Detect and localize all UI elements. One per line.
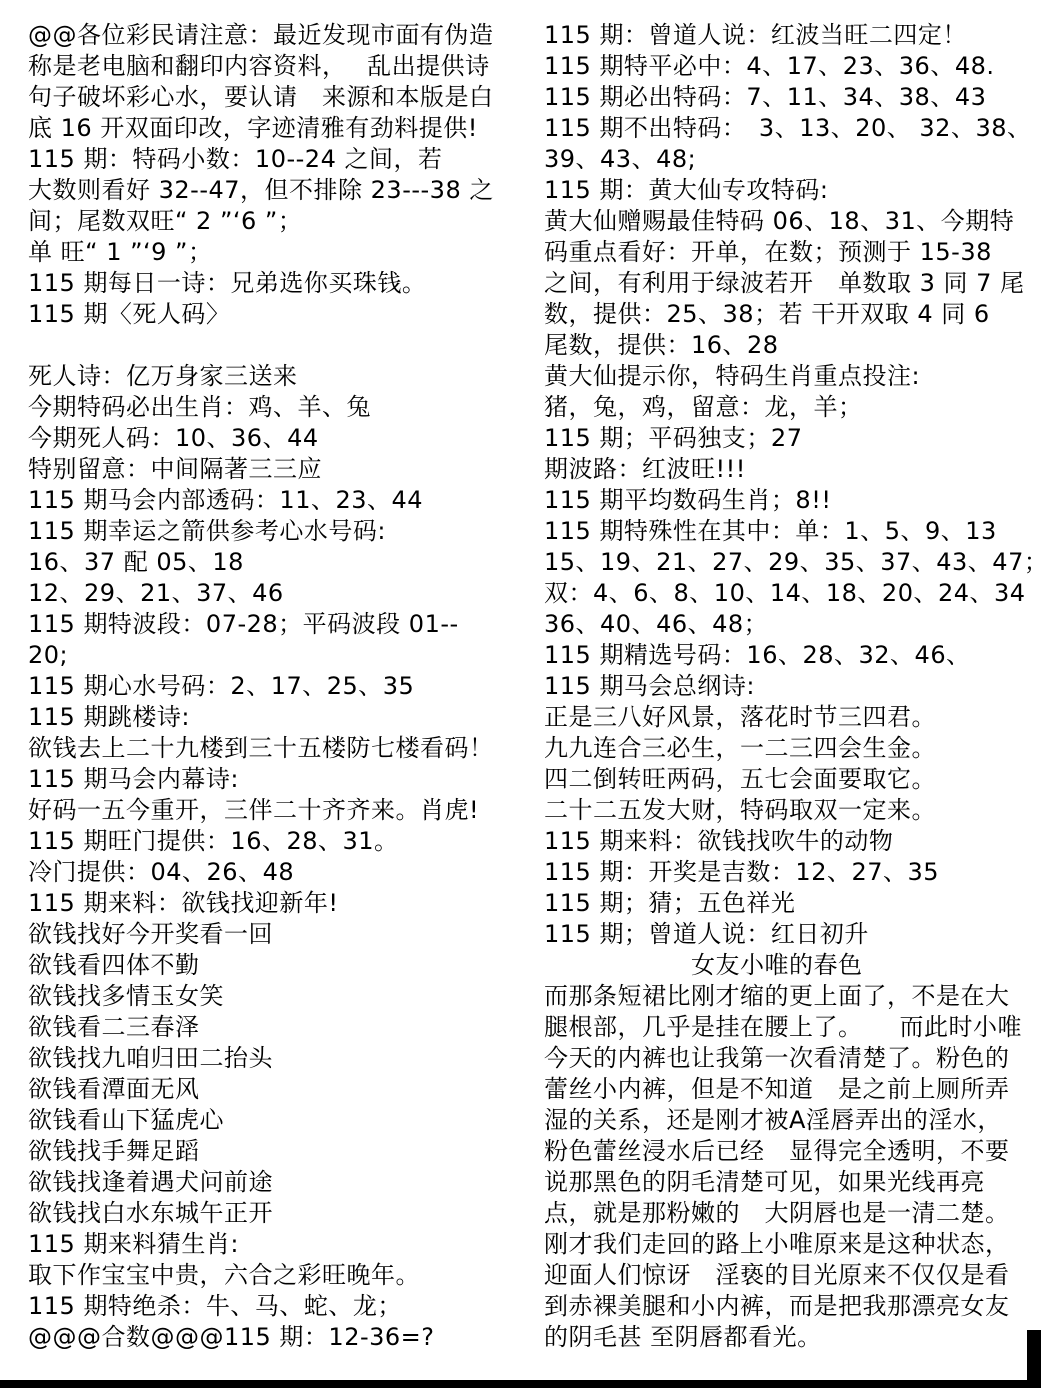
text-line: 115 期：曾道人说：红波当旺二四定！ — [544, 20, 1038, 51]
document-page: @@各位彩民请注意：最近发现市面有伪造称是老电脑和翻印内容资料， 乱出提供诗句子… — [0, 0, 1041, 1388]
text-line: 20; — [28, 640, 533, 671]
text-line: 二十二五发大财，特码取双一定来。 — [544, 795, 1038, 826]
text-line: 特别留意：中间隔著三三应 — [28, 454, 533, 485]
text-line: 冷门提供：04、26、48 — [28, 857, 533, 888]
text-line: 今期特码必出生肖：鸡、羊、兔 — [28, 392, 533, 423]
text-line: 取下作宝宝中贵，六合之彩旺晚年。 — [28, 1260, 533, 1291]
text-line: 单 旺“ 1 ”‘9 ”； — [28, 237, 533, 268]
text-line: 115 期〈死人码〉 — [28, 299, 533, 330]
text-line: 到赤裸美腿和小内裤，而是把我那漂亮女友 — [544, 1291, 1038, 1322]
text-line: 刚才我们走回的路上小唯原来是这种状态， — [544, 1229, 1038, 1260]
left-column: @@各位彩民请注意：最近发现市面有伪造称是老电脑和翻印内容资料， 乱出提供诗句子… — [28, 20, 533, 1353]
text-line: 39、43、48; — [544, 144, 1038, 175]
text-line: 双：4、6、8、10、14、18、20、24、34 — [544, 578, 1038, 609]
text-line: 115 期不出特码： 3、13、20、 32、38、 — [544, 113, 1038, 144]
text-line: 黄大仙赠赐最佳特码 06、18、31、今期特 — [544, 206, 1038, 237]
text-line: 欲钱找九咱归田二抬头 — [28, 1043, 533, 1074]
text-line: 间；尾数双旺“ 2 ”‘6 ”； — [28, 206, 533, 237]
text-line: 点，就是那粉嫩的 大阴唇也是一清二楚。 — [544, 1198, 1038, 1229]
text-line: 今天的内裤也让我第一次看清楚了。粉色的 — [544, 1043, 1038, 1074]
text-line: 115 期来料猜生肖: — [28, 1229, 533, 1260]
text-line: 蕾丝小内裤，但是不知道 是之前上厕所弄 — [544, 1074, 1038, 1105]
text-line: 欲钱去上二十九楼到三十五楼防七楼看码！ — [28, 733, 533, 764]
text-line: 115 期旺门提供：16、28、31。 — [28, 826, 533, 857]
text-line: 16、37 配 05、18 — [28, 547, 533, 578]
text-line: 好码一五今重开，三伴二十齐齐来。肖虎! — [28, 795, 533, 826]
text-line: 115 期必出特码：7、11、34、38、43 — [544, 82, 1038, 113]
text-line: 欲钱找逢着遇犬问前途 — [28, 1167, 533, 1198]
text-line: 欲钱找多情玉女笑 — [28, 981, 533, 1012]
text-line: 句子破坏彩心水，要认请 来源和本版是白 — [28, 82, 533, 113]
text-line: 期波路：红波旺!!! — [544, 454, 1038, 485]
text-line: 115 期；平码独支；27 — [544, 423, 1038, 454]
text-line: 115 期特绝杀：牛、马、蛇、龙； — [28, 1291, 533, 1322]
text-line: @@@合数@@@115 期：12-36=? — [28, 1322, 533, 1353]
text-line: 正是三八好风景，落花时节三四君。 — [544, 702, 1038, 733]
text-line: 欲钱看山下猛虎心 — [28, 1105, 533, 1136]
text-line: 115 期精选号码：16、28、32、46、 — [544, 640, 1038, 671]
text-line: 115 期马会总纲诗: — [544, 671, 1038, 702]
text-line: 115 期平均数码生肖；8!! — [544, 485, 1038, 516]
text-line: 底 16 开双面印改，字迹清雅有劲料提供! — [28, 113, 533, 144]
text-line: 欲钱看二三春泽 — [28, 1012, 533, 1043]
text-line: 115 期心水号码：2、17、25、35 — [28, 671, 533, 702]
text-line: 115 期；猜；五色祥光 — [544, 888, 1038, 919]
text-line: 码重点看好：开单，在数；预测于 15-38 — [544, 237, 1038, 268]
text-line: 黄大仙提示你，特码生肖重点投注: — [544, 361, 1038, 392]
text-line: 12、29、21、37、46 — [28, 578, 533, 609]
text-line: 115 期来料：欲钱找迎新年! — [28, 888, 533, 919]
text-line: 欲钱找手舞足蹈 — [28, 1136, 533, 1167]
text-line: 的阴毛甚 至阴唇都看光。 — [544, 1322, 1038, 1353]
text-line: 之间，有利用于绿波若开 单数取 3 同 7 尾 — [544, 268, 1038, 299]
text-line: 猪，兔，鸡，留意：龙，羊； — [544, 392, 1038, 423]
text-line: 粉色蕾丝浸水后已经 显得完全透明，不要 — [544, 1136, 1038, 1167]
text-line: 115 期每日一诗：兄弟选你买珠钱。 — [28, 268, 533, 299]
right-column: 115 期：曾道人说：红波当旺二四定！115 期特平必中：4、17、23、36、… — [544, 20, 1038, 1353]
text-line: 说那黑色的阴毛清楚可见，如果光线再亮 — [544, 1167, 1038, 1198]
text-line: 115 期特平必中：4、17、23、36、48. — [544, 51, 1038, 82]
text-line: 15、19、21、27、29、35、37、43、47； — [544, 547, 1038, 578]
text-line: 115 期：特码小数：10--24 之间，若 — [28, 144, 533, 175]
text-line: 36、40、46、48； — [544, 609, 1038, 640]
text-line — [28, 330, 533, 361]
text-line: 大数则看好 32--47，但不排除 23---38 之 — [28, 175, 533, 206]
bottom-scan-bar — [0, 1380, 1041, 1388]
text-line: 欲钱看四体不勤 — [28, 950, 533, 981]
text-line: 115 期特殊性在其中：单：1、5、9、13 — [544, 516, 1038, 547]
text-line: 115 期幸运之箭供参考心水号码: — [28, 516, 533, 547]
text-line: 115 期：黄大仙专攻特码: — [544, 175, 1038, 206]
text-line: 九九连合三必生，一二三四会生金。 — [544, 733, 1038, 764]
text-line: 欲钱找好今开奖看一回 — [28, 919, 533, 950]
text-line: 称是老电脑和翻印内容资料， 乱出提供诗 — [28, 51, 533, 82]
text-line: 湿的关系，还是刚才被A淫唇弄出的淫水， — [544, 1105, 1038, 1136]
text-line: 四二倒转旺两码，五七会面要取它。 — [544, 764, 1038, 795]
text-line: 115 期马会内幕诗: — [28, 764, 533, 795]
text-line: 115 期；曾道人说：红日初升 — [544, 919, 1038, 950]
text-line: 115 期跳楼诗: — [28, 702, 533, 733]
text-line: 115 期：开奖是吉数：12、27、35 — [544, 857, 1038, 888]
text-line: 115 期特波段：07-28；平码波段 01-- — [28, 609, 533, 640]
text-line: 115 期来料：欲钱找吹牛的动物 — [544, 826, 1038, 857]
text-line: 欲钱看潭面无风 — [28, 1074, 533, 1105]
text-line: 欲钱找白水东城午正开 — [28, 1198, 533, 1229]
text-line: 迎面人们惊讶 淫亵的目光原来不仅仅是看 — [544, 1260, 1038, 1291]
text-line: 尾数，提供：16、28 — [544, 330, 1038, 361]
text-line: 115 期马会内部透码：11、23、44 — [28, 485, 533, 516]
text-line: 今期死人码：10、36、44 — [28, 423, 533, 454]
text-line: 死人诗：亿万身家三送来 — [28, 361, 533, 392]
text-line: 女友小唯的春色 — [544, 950, 1038, 981]
text-line: 腿根部，几乎是挂在腰上了。 而此时小唯 — [544, 1012, 1038, 1043]
text-line: 而那条短裙比刚才缩的更上面了，不是在大 — [544, 981, 1038, 1012]
text-line: 数，提供：25、38；若 干开双取 4 同 6 — [544, 299, 1038, 330]
text-line: @@各位彩民请注意：最近发现市面有伪造 — [28, 20, 533, 51]
